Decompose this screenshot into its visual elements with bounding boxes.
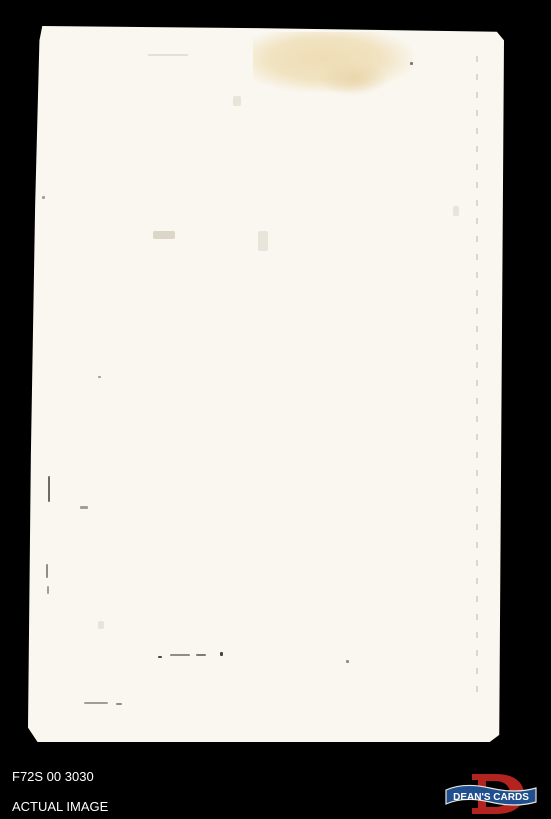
faint-mark — [258, 231, 268, 251]
speck — [42, 196, 45, 199]
speck — [410, 62, 413, 65]
faint-mark — [148, 54, 188, 56]
logo-graphic: DEAN'S CARDS — [444, 772, 538, 816]
speck — [84, 702, 108, 704]
speck — [47, 586, 49, 594]
stain-mark — [318, 61, 388, 96]
deans-cards-logo: DEAN'S CARDS — [444, 772, 538, 816]
speck — [170, 654, 190, 656]
speck — [98, 376, 101, 378]
speck — [220, 652, 223, 656]
faint-mark — [98, 621, 104, 629]
speck — [116, 703, 122, 705]
logo-text: DEAN'S CARDS — [453, 792, 529, 803]
card-back — [28, 26, 504, 742]
item-code: F72S 00 3030 — [12, 769, 94, 784]
speck — [196, 654, 206, 656]
speck — [158, 656, 162, 658]
speck — [48, 476, 50, 502]
faint-mark — [153, 231, 175, 239]
perforation-edge — [476, 56, 478, 692]
faint-mark — [233, 96, 241, 106]
faint-mark — [453, 206, 459, 216]
speck — [46, 564, 48, 578]
speck — [346, 660, 349, 663]
actual-image-caption: ACTUAL IMAGE — [12, 799, 108, 814]
speck — [80, 506, 88, 509]
